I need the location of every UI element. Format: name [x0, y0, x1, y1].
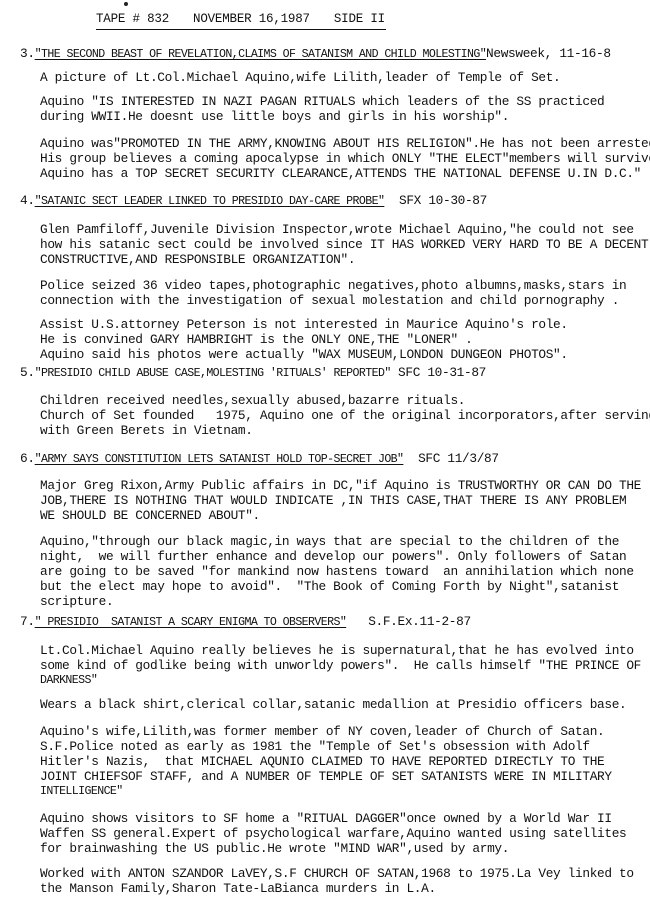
body-line: scripture.	[40, 594, 113, 609]
body-line: CONSTRUCTIVE,AND RESPONSIBLE ORGANIZATIO…	[40, 252, 355, 267]
article-title: " PRESIDIO SATANIST A SCARY ENIGMA TO OB…	[35, 616, 347, 629]
section-number: 3.	[20, 46, 35, 61]
body-line: Aquino said his photos were actually "WA…	[40, 347, 568, 362]
article-title: "THE SECOND BEAST OF REVELATION,CLAIMS O…	[35, 48, 486, 61]
article-title: "SATANIC SECT LEADER LINKED TO PRESIDIO …	[35, 195, 385, 208]
body-line: Aquino "IS INTERESTED IN NAZI PAGAN RITU…	[40, 94, 604, 109]
section-number: 4.	[20, 193, 35, 208]
body-line: Aquino,"through our black magic,in ways …	[40, 534, 619, 549]
body-line: the Manson Family,Sharon Tate-LaBianca m…	[40, 881, 436, 896]
article-title: "PRESIDIO CHILD ABUSE CASE,MOLESTING 'RI…	[35, 367, 391, 380]
section-3-heading: 3."THE SECOND BEAST OF REVELATION,CLAIMS…	[20, 46, 611, 62]
document-page: TAPE # 832NOVEMBER 16,1987SIDE II 3."THE…	[0, 0, 650, 909]
article-source: SFC 10-31-87	[398, 365, 486, 380]
body-line: Aquino's wife,Lilith,was former member o…	[40, 724, 604, 739]
article-source: Newsweek, 11-16-8	[486, 46, 611, 61]
body-line: Church of Set founded 1975, Aquino one o…	[40, 408, 650, 423]
body-line: for brainwashing the US public.He wrote …	[40, 841, 509, 856]
body-line: JOINT CHIEFSOF STAFF, and A NUMBER OF TE…	[40, 769, 612, 784]
body-line: Wears a black shirt,clerical collar,sata…	[40, 697, 626, 712]
body-line: Aquino has a TOP SECRET SECURITY CLEARAN…	[40, 166, 641, 181]
body-line: night, we will further enhance and devel…	[40, 549, 626, 564]
body-line: Waffen SS general.Expert of psychologica…	[40, 826, 626, 841]
body-line: DARKNESS"	[40, 673, 97, 688]
section-6-heading: 6."ARMY SAYS CONSTITUTION LETS SATANIST …	[20, 451, 499, 467]
body-line: are going to be saved "for mankind now h…	[40, 564, 634, 579]
tape-date: NOVEMBER 16,1987	[193, 12, 310, 26]
article-source: SFC 11/3/87	[418, 451, 499, 466]
body-line: Major Greg Rixon,Army Public affairs in …	[40, 478, 641, 493]
body-line: A picture of Lt.Col.Michael Aquino,wife …	[40, 70, 560, 85]
body-line: Children received needles,sexually abuse…	[40, 393, 465, 408]
article-source: SFX 10-30-87	[399, 193, 487, 208]
article-title: "ARMY SAYS CONSTITUTION LETS SATANIST HO…	[35, 453, 404, 466]
body-line: His group believes a coming apocalypse i…	[40, 151, 650, 166]
section-4-heading: 4."SATANIC SECT LEADER LINKED TO PRESIDI…	[20, 193, 487, 209]
section-7-heading: 7." PRESIDIO SATANIST A SCARY ENIGMA TO …	[20, 614, 471, 630]
body-line: Worked with ANTON SZANDOR LaVEY,S.F CHUR…	[40, 866, 634, 881]
body-line: connection with the investigation of sex…	[40, 293, 619, 308]
body-line: S.F.Police noted as early as 1981 the "T…	[40, 739, 590, 754]
article-source: S.F.Ex.11-2-87	[368, 614, 471, 629]
body-line: how his satanic sect could be involved s…	[40, 237, 650, 252]
body-line: with Green Berets in Vietnam.	[40, 423, 253, 438]
body-line: Glen Pamfiloff,Juvenile Division Inspect…	[40, 222, 634, 237]
body-line: He is convined GARY HAMBRIGHT is the ONL…	[40, 332, 472, 347]
section-number: 7.	[20, 614, 35, 629]
stray-mark	[124, 2, 128, 6]
body-line: Police seized 36 video tapes,photographi…	[40, 278, 626, 293]
body-line: WE SHOULD BE CONCERNED ABOUT".	[40, 508, 260, 523]
section-number: 5.	[20, 365, 35, 380]
body-line: Aquino was"PROMOTED IN THE ARMY,KNOWING …	[40, 136, 650, 151]
body-line: Lt.Col.Michael Aquino really believes he…	[40, 643, 634, 658]
body-line: INTELLIGENCE"	[40, 784, 123, 799]
body-line: during WWII.He doesnt use little boys an…	[40, 109, 509, 124]
body-line: but the elect may hope to avoid". "The B…	[40, 579, 619, 594]
section-5-heading: 5."PRESIDIO CHILD ABUSE CASE,MOLESTING '…	[20, 365, 486, 381]
body-line: JOB,THERE IS NOTHING THAT WOULD INDICATE…	[40, 493, 626, 508]
body-line: Aquino shows visitors to SF home a "RITU…	[40, 811, 612, 826]
section-number: 6.	[20, 451, 35, 466]
tape-number: TAPE # 832	[96, 12, 169, 26]
body-line: Assist U.S.attorney Peterson is not inte…	[40, 317, 568, 332]
tape-header: TAPE # 832NOVEMBER 16,1987SIDE II	[96, 12, 386, 30]
tape-side: SIDE II	[334, 12, 385, 26]
body-line: some kind of godlike being with unworldy…	[40, 658, 641, 673]
body-line: Hitler's Nazis, that MICHAEL AQUNIO CLAI…	[40, 754, 604, 769]
